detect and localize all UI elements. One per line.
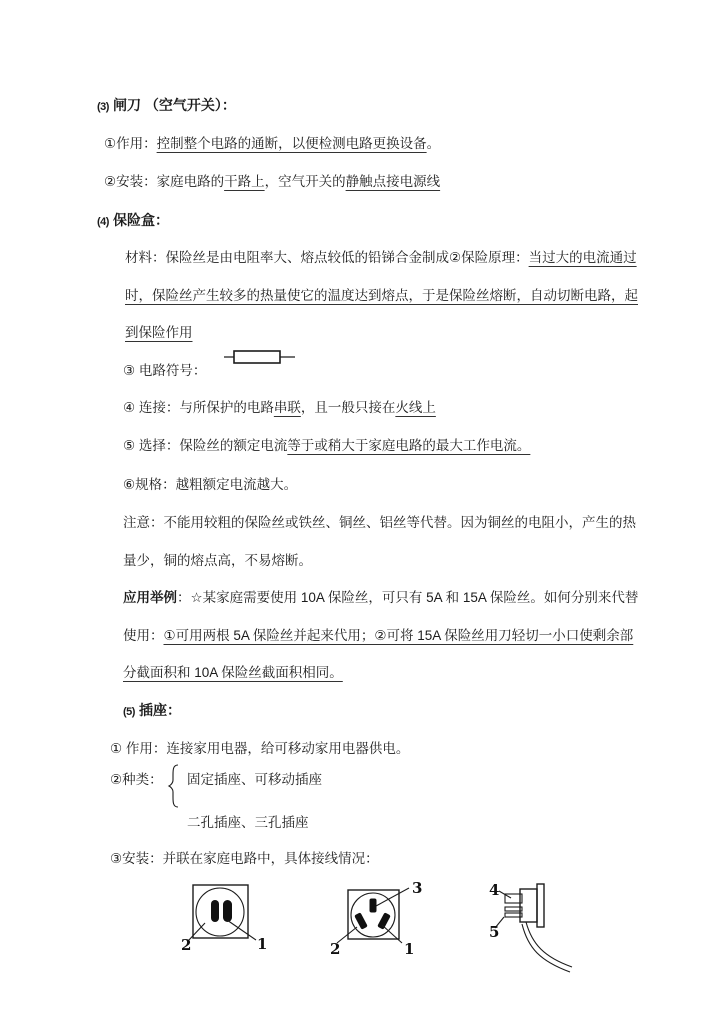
socket3-terminal-2-label: 2 <box>330 940 340 958</box>
socket2-terminal-1-label: 1 <box>257 935 267 953</box>
s3-function-period: 。 <box>427 136 441 151</box>
s4-selection-underlined: 等于或稍大于家庭电路的最大工作电流。 <box>287 438 530 453</box>
plug-diagram: 4 5 <box>482 868 612 1008</box>
s4-connection-underlined2: 火线上 <box>395 400 436 415</box>
socket3-terminal-3-label: 3 <box>412 879 422 897</box>
s5-types-option1: 固定插座、可移动插座 <box>187 761 322 799</box>
s4-connection-line: ④ 连接：与所保护的电路串联，且一般只接在火线上 <box>123 389 436 427</box>
fuse-circuit-symbol <box>222 349 297 365</box>
s3-install-text1: ②安装：家庭电路的 <box>104 174 224 189</box>
section-5-number: (5) <box>123 706 135 718</box>
s3-function-underlined: 控制整个电路的通断，以便检测电路更换设备 <box>157 136 427 151</box>
s5-types-option1-text: 固定插座、可移动插座 <box>187 772 322 787</box>
s3-install-line: ②安装：家庭电路的干路上，空气开关的静触点接电源线 <box>104 163 440 201</box>
s4-symbol-line: ③ 电路符号： <box>123 352 206 390</box>
s4-connection-text2: ，且一般只接在 <box>301 400 396 415</box>
s4-material-paragraph: 材料：保险丝是由电阻率大、熔点较低的铅锑合金制成②保险原理：当过大的电流通过时，… <box>125 239 645 352</box>
plug-terminal-4-label: 4 <box>489 881 499 899</box>
s3-install-underlined1: 干路上 <box>224 174 265 189</box>
s4-spec-line: ⑥规格：越粗额定电流越大。 <box>123 466 297 504</box>
section-4-heading: (4)保险盒： <box>97 202 169 242</box>
s4-note-text: 注意：不能用较粗的保险丝或铁丝、铜丝、铝丝等代替。因为铜丝的电阻小，产生的热量少… <box>123 515 636 568</box>
brace-icon <box>166 763 180 809</box>
s4-selection-line: ⑤ 选择：保险丝的额定电流等于或稍大于家庭电路的最大工作电流。 <box>123 427 530 465</box>
s3-install-underlined2: 静触点接电源线 <box>346 174 441 189</box>
s3-function-label: ①作用： <box>104 136 157 151</box>
s4-connection-underlined1: 串联 <box>274 400 301 415</box>
s4-spec-text: ⑥规格：越粗额定电流越大。 <box>123 477 297 492</box>
socket2-terminal-2-label: 2 <box>181 936 191 954</box>
s4-example-underlined: ①可用两根 5A 保险丝并起来代用；②可将 15A 保险丝用刀轻切一小口使剩余部… <box>123 628 633 681</box>
s4-note-paragraph: 注意：不能用较粗的保险丝或铁丝、铜丝、铝丝等代替。因为铜丝的电阻小，产生的热量少… <box>123 504 643 579</box>
three-hole-socket-diagram: 3 2 1 <box>328 872 443 962</box>
s5-types-option2-text: 二孔插座、三孔插座 <box>187 815 309 830</box>
section-3-title: 闸刀 （空气开关）： <box>113 97 236 113</box>
s5-types-label-line: ②种类： <box>110 761 163 799</box>
s3-install-text2: ，空气开关的 <box>265 174 346 189</box>
s4-example-label: 应用举例 <box>123 590 177 605</box>
section-4-number: (4) <box>97 216 109 228</box>
socket3-terminal-1-label: 1 <box>404 940 414 958</box>
s5-types-option2: 二孔插座、三孔插座 <box>187 804 309 842</box>
s5-types-label: ②种类： <box>110 772 163 787</box>
s4-example-paragraph: 应用举例：☆某家庭需要使用 10A 保险丝，可只有 5A 和 15A 保险丝。如… <box>123 579 643 692</box>
section-4-title: 保险盒： <box>113 212 169 228</box>
section-3-heading: (3)闸刀 （空气开关）： <box>97 87 236 127</box>
s4-connection-text1: ④ 连接：与所保护的电路 <box>123 400 274 415</box>
s4-symbol-label: ③ 电路符号： <box>123 363 206 378</box>
two-hole-socket-diagram: 2 1 <box>180 878 275 956</box>
section-3-number: (3) <box>97 101 109 113</box>
section-5-title: 插座： <box>139 702 181 718</box>
s5-function-text: ① 作用：连接家用电器，给可移动家用电器供电。 <box>110 741 409 756</box>
document-page: (3)闸刀 （空气开关）： ①作用：控制整个电路的通断，以便检测电路更换设备。 … <box>0 0 720 1018</box>
s4-material-text: 材料：保险丝是由电阻率大、熔点较低的铅锑合金制成②保险原理： <box>125 250 529 265</box>
s3-function-line: ①作用：控制整个电路的通断，以便检测电路更换设备。 <box>104 125 440 163</box>
s5-install-text: ③安装：并联在家庭电路中，具体接线情况： <box>110 851 379 866</box>
s4-selection-text: ⑤ 选择：保险丝的额定电流 <box>123 438 287 453</box>
plug-terminal-5-label: 5 <box>489 923 499 941</box>
section-5-heading: (5)插座： <box>123 692 181 732</box>
